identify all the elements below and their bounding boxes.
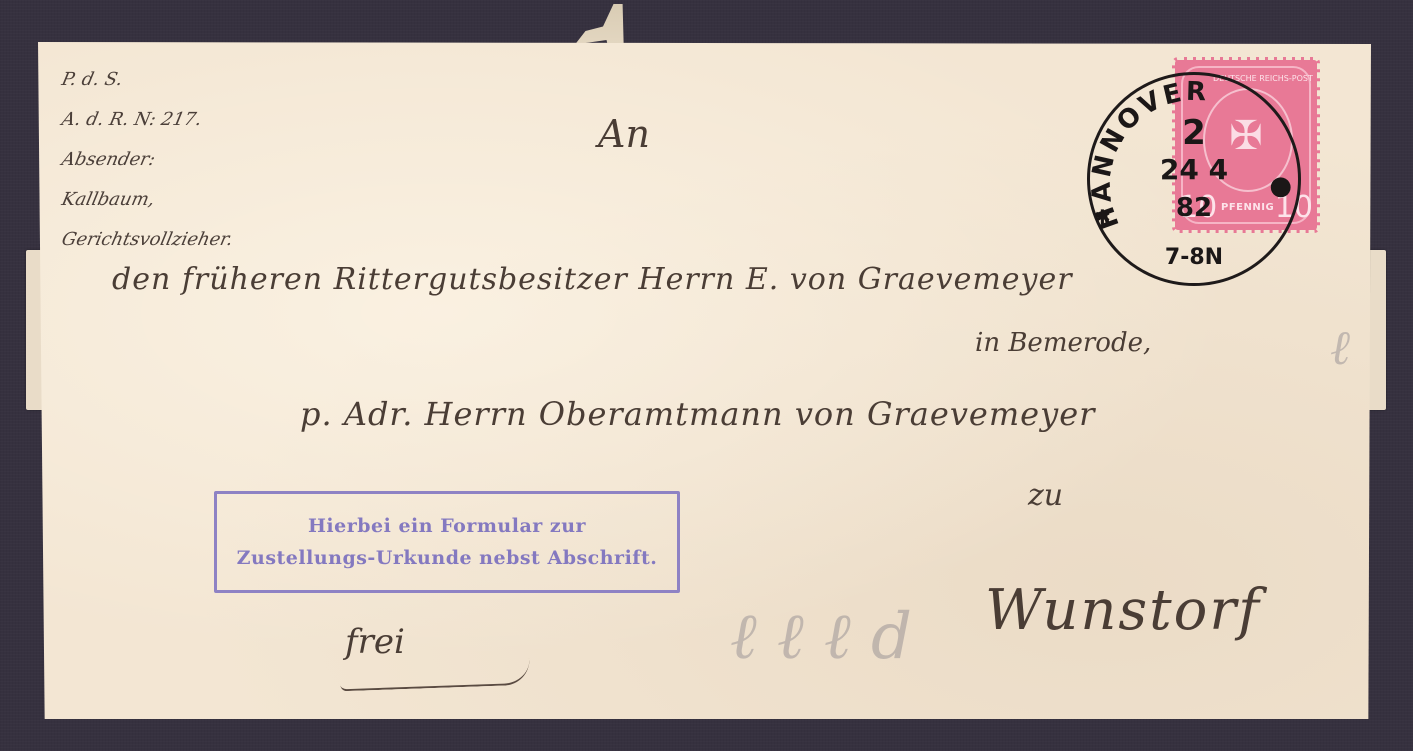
star-icon: ✱	[1094, 205, 1111, 229]
franking-note: frei	[345, 622, 405, 662]
sender-note-line: P. d. S.	[58, 60, 237, 100]
postmark-day: 2	[1090, 113, 1298, 153]
sender-note-line: Gerichtsvollzieher.	[58, 220, 237, 260]
pencil-mark-right: ℓ	[1330, 320, 1350, 376]
address-line-locality: in Bemerode,	[975, 328, 1151, 358]
sender-note: P. d. S. A. d. R. N: 217. Absender: Kall…	[62, 60, 233, 260]
dot-icon: ●	[1269, 171, 1292, 201]
postmark-cancel: HANNOVER 2 24 4 82 7-8N ✱ ●	[1087, 72, 1301, 286]
rubber-stamp-box: Hierbei ein Formular zur Zustellungs-Urk…	[214, 491, 680, 593]
rubber-stamp-line-1: Hierbei ein Formular zur	[217, 510, 677, 542]
postmark-date: 24 4	[1090, 153, 1298, 186]
sender-note-line: A. d. R. N: 217.	[58, 100, 237, 140]
postmark-time: 7-8N	[1090, 245, 1298, 270]
address-line-care-of: p. Adr. Herrn Oberamtmann von Graevemeye…	[300, 395, 1095, 433]
address-greeting: An	[598, 112, 650, 156]
pencil-marks: ℓ ℓ ℓ d	[730, 600, 912, 674]
address-line-zu: zu	[1028, 478, 1063, 513]
sender-note-line: Absender:	[58, 140, 237, 180]
address-line-recipient: den früheren Rittergutsbesitzer Herrn E.…	[112, 262, 1073, 297]
postmark-year: 82	[1090, 193, 1298, 223]
sender-note-line: Kallbaum,	[58, 180, 237, 220]
address-line-destination: Wunstorf	[985, 578, 1261, 643]
rubber-stamp-line-2: Zustellungs-Urkunde nebst Abschrift.	[217, 542, 677, 574]
